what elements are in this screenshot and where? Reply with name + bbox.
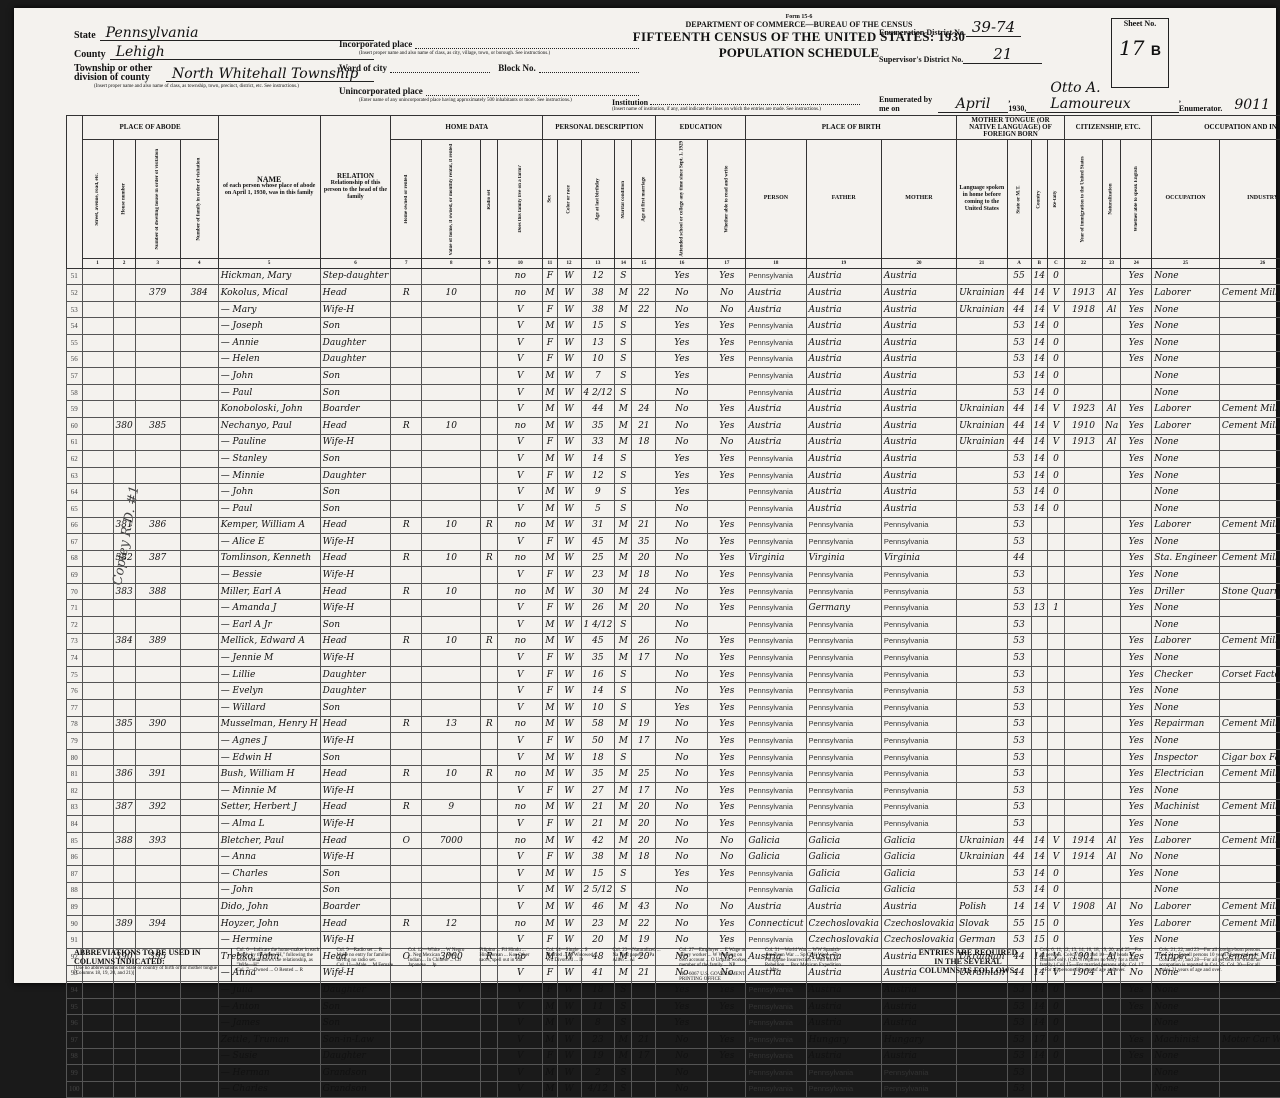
code-c-cell bbox=[1047, 749, 1064, 766]
institution-line bbox=[650, 104, 860, 105]
age-first-marriage-cell: 24 bbox=[632, 401, 656, 418]
header-personal-description: PERSONAL DESCRIPTION bbox=[543, 116, 656, 140]
race-cell: W bbox=[557, 368, 581, 385]
header-dwelling: Number of dwelling house in order of vis… bbox=[135, 140, 180, 259]
farm-cell: no bbox=[498, 285, 543, 302]
code-a-cell: 53 bbox=[1007, 700, 1031, 717]
table-row: 72— Earl A JrSonVMW1 4/12SNoPennsylvania… bbox=[67, 617, 1280, 634]
language-cell bbox=[957, 650, 1007, 667]
code-b-cell bbox=[1031, 749, 1047, 766]
age-first-marriage-cell: 17 bbox=[632, 650, 656, 667]
language-cell bbox=[957, 799, 1007, 816]
read-write-cell: Yes bbox=[708, 583, 746, 600]
dwelling-number-cell bbox=[135, 484, 180, 501]
relation-cell: Son bbox=[320, 368, 391, 385]
sex-cell: M bbox=[543, 384, 557, 401]
street-cell bbox=[82, 467, 113, 484]
read-write-cell: No bbox=[708, 434, 746, 451]
birthplace-mother-cell: Pennsylvania bbox=[881, 567, 956, 584]
owned-rented-cell bbox=[391, 434, 422, 451]
occupation-cell: None bbox=[1152, 301, 1220, 318]
code-b-cell: 15 bbox=[1031, 915, 1047, 932]
language-cell bbox=[957, 467, 1007, 484]
line-number: 55 bbox=[67, 334, 83, 351]
header-occupation-industry: OCCUPATION AND INDUSTRY bbox=[1152, 116, 1280, 140]
line-number: 58 bbox=[67, 384, 83, 401]
code-c-cell bbox=[1047, 816, 1064, 833]
birthplace-person-cell: Pennsylvania bbox=[746, 268, 806, 285]
race-cell: W bbox=[557, 650, 581, 667]
marital-cell: S bbox=[615, 484, 632, 501]
age-cell: 21 bbox=[581, 816, 615, 833]
code-a-cell: 44 bbox=[1007, 301, 1031, 318]
industry-cell bbox=[1219, 384, 1280, 401]
age-first-marriage-cell bbox=[632, 683, 656, 700]
code-a-cell: 53 bbox=[1007, 716, 1031, 733]
race-cell: W bbox=[557, 583, 581, 600]
birthplace-mother-cell: Austria bbox=[881, 899, 956, 916]
code-a-cell: 53 bbox=[1007, 567, 1031, 584]
birthplace-father-cell: Pennsylvania bbox=[806, 534, 881, 551]
birthplace-mother-cell: Pennsylvania bbox=[881, 766, 956, 783]
line-number: 91 bbox=[67, 932, 83, 949]
birthplace-person-cell: Pennsylvania bbox=[746, 716, 806, 733]
school-cell: No bbox=[656, 683, 708, 700]
relation-cell: Boarder bbox=[320, 899, 391, 916]
birthplace-person-cell: Pennsylvania bbox=[746, 484, 806, 501]
race-cell: W bbox=[557, 517, 581, 534]
family-number-cell bbox=[180, 517, 218, 534]
occupation-cell: None bbox=[1152, 384, 1220, 401]
age-first-marriage-cell bbox=[632, 318, 656, 335]
age-cell: 23 bbox=[581, 567, 615, 584]
family-number-cell bbox=[180, 617, 218, 634]
birthplace-person-cell: Pennsylvania bbox=[746, 384, 806, 401]
table-row: 88— JohnSonVMW2 5/12SNoPennsylvaniaGalic… bbox=[67, 882, 1280, 899]
street-cell bbox=[82, 517, 113, 534]
age-first-marriage-cell bbox=[632, 368, 656, 385]
speak-english-cell: Yes bbox=[1121, 285, 1152, 302]
birthplace-father-cell: Galicia bbox=[806, 882, 881, 899]
language-cell bbox=[957, 351, 1007, 368]
home-value-cell bbox=[422, 700, 481, 717]
family-number-cell bbox=[180, 268, 218, 285]
name-cell: — Willard bbox=[218, 700, 320, 717]
immigration-year-cell bbox=[1064, 865, 1102, 882]
line-number: 66 bbox=[67, 517, 83, 534]
birthplace-mother-cell: Austria bbox=[881, 451, 956, 468]
birthplace-mother-cell: Pennsylvania bbox=[881, 683, 956, 700]
owned-rented-cell: R bbox=[391, 716, 422, 733]
family-number-cell bbox=[180, 932, 218, 949]
sex-cell: M bbox=[543, 617, 557, 634]
table-row: 74— Jennie MWife-HVFW35M17NoYesPennsylva… bbox=[67, 650, 1280, 667]
school-cell: No bbox=[656, 766, 708, 783]
birthplace-person-cell: Pennsylvania bbox=[746, 799, 806, 816]
family-number-cell bbox=[180, 417, 218, 434]
dwelling-number-cell: 394 bbox=[135, 915, 180, 932]
race-cell: W bbox=[557, 865, 581, 882]
age-first-marriage-cell: 17 bbox=[632, 783, 656, 800]
sex-cell: M bbox=[543, 915, 557, 932]
immigration-year-cell bbox=[1064, 799, 1102, 816]
code-a-cell: 44 bbox=[1007, 550, 1031, 567]
relation-cell: Daughter bbox=[320, 467, 391, 484]
speak-english-cell bbox=[1121, 500, 1152, 517]
industry-cell bbox=[1219, 368, 1280, 385]
immigration-year-cell: 1908 bbox=[1064, 899, 1102, 916]
race-cell: W bbox=[557, 799, 581, 816]
radio-cell: R bbox=[481, 766, 498, 783]
house-number-cell bbox=[113, 617, 135, 634]
radio-cell bbox=[481, 268, 498, 285]
family-number-cell bbox=[180, 567, 218, 584]
code-a-cell: 44 bbox=[1007, 401, 1031, 418]
code-c-cell: 0 bbox=[1047, 865, 1064, 882]
line-number: 73 bbox=[67, 633, 83, 650]
language-cell: Ukrainian bbox=[957, 849, 1007, 866]
header-place: Incorporated place (Insert proper name a… bbox=[339, 38, 639, 109]
naturalization-cell bbox=[1102, 749, 1120, 766]
owned-rented-cell bbox=[391, 650, 422, 667]
table-row: 59Konoboloski, JohnBoarderVMW44M24NoYesA… bbox=[67, 401, 1280, 418]
line-number: 78 bbox=[67, 716, 83, 733]
line-number: 89 bbox=[67, 899, 83, 916]
footer-form-code: 11—6067 U.S. GOVERNMENT PRINTING OFFICE bbox=[679, 972, 751, 982]
age-first-marriage-cell: 21 bbox=[632, 417, 656, 434]
birthplace-mother-cell: Galicia bbox=[881, 882, 956, 899]
birthplace-person-cell: Pennsylvania bbox=[746, 600, 806, 617]
read-write-cell: Yes bbox=[708, 733, 746, 750]
street-cell bbox=[82, 783, 113, 800]
code-c-cell bbox=[1047, 517, 1064, 534]
header-district: Enumeration District No.39-74 Supervisor… bbox=[879, 18, 1269, 72]
state-value: Pennsylvania bbox=[100, 26, 374, 41]
family-number-cell bbox=[180, 849, 218, 866]
code-b-cell: 14 bbox=[1031, 982, 1047, 998]
birthplace-father-cell: Pennsylvania bbox=[806, 583, 881, 600]
birthplace-father-cell: Austria bbox=[806, 417, 881, 434]
relation-cell: Daughter bbox=[320, 334, 391, 351]
age-cell: 13 bbox=[581, 334, 615, 351]
industry-cell bbox=[1219, 733, 1280, 750]
immigration-year-cell bbox=[1064, 783, 1102, 800]
age-first-marriage-cell: 20 bbox=[632, 550, 656, 567]
code-a-cell: 14 bbox=[1007, 899, 1031, 916]
house-number-cell bbox=[113, 268, 135, 285]
dwelling-number-cell bbox=[135, 368, 180, 385]
read-write-cell: Yes bbox=[708, 318, 746, 335]
code-c-cell bbox=[1047, 567, 1064, 584]
radio-cell bbox=[481, 865, 498, 882]
owned-rented-cell bbox=[391, 301, 422, 318]
code-c-cell: V bbox=[1047, 417, 1064, 434]
code-a-cell: 53 bbox=[1007, 451, 1031, 468]
footer-col6: Col. 6—Indicate the home-maker in each f… bbox=[236, 948, 322, 968]
radio-cell bbox=[481, 368, 498, 385]
age-first-marriage-cell: 18 bbox=[632, 434, 656, 451]
enumerator-label: , Enumerator. bbox=[1179, 95, 1222, 113]
immigration-year-cell: 1914 bbox=[1064, 849, 1102, 866]
family-number-cell bbox=[180, 368, 218, 385]
relation-cell: Daughter bbox=[320, 982, 391, 998]
relation-cell: Head bbox=[320, 766, 391, 783]
dwelling-number-cell bbox=[135, 882, 180, 899]
table-row: 80— Edwin HSonVMW18SNoYesPennsylvaniaPen… bbox=[67, 749, 1280, 766]
read-write-cell: Yes bbox=[708, 783, 746, 800]
age-first-marriage-cell: 20 bbox=[632, 832, 656, 849]
naturalization-cell bbox=[1102, 865, 1120, 882]
industry-cell: Cigar box Factory bbox=[1219, 749, 1280, 766]
family-number-cell bbox=[180, 766, 218, 783]
home-value-cell: 10 bbox=[422, 633, 481, 650]
occupation-cell: None bbox=[1152, 683, 1220, 700]
owned-rented-cell: R bbox=[391, 766, 422, 783]
language-cell: Ukrainian bbox=[957, 301, 1007, 318]
industry-cell bbox=[1219, 484, 1280, 501]
immigration-year-cell: 1910 bbox=[1064, 417, 1102, 434]
code-b-cell bbox=[1031, 517, 1047, 534]
occupation-cell: Laborer bbox=[1152, 517, 1220, 534]
school-cell: No bbox=[656, 434, 708, 451]
sex-cell: M bbox=[543, 899, 557, 916]
line-number: 83 bbox=[67, 799, 83, 816]
owned-rented-cell bbox=[391, 849, 422, 866]
table-row: 90389394Hoyzer, JohnHeadR12noMW23M22NoYe… bbox=[67, 915, 1280, 932]
street-cell bbox=[82, 550, 113, 567]
naturalization-cell bbox=[1102, 683, 1120, 700]
code-c-cell: 0 bbox=[1047, 451, 1064, 468]
age-cell: 35 bbox=[581, 766, 615, 783]
code-c-cell: V bbox=[1047, 899, 1064, 916]
table-row: 75— LillieDaughterVFW16SNoYesPennsylvani… bbox=[67, 666, 1280, 683]
sex-cell: M bbox=[543, 550, 557, 567]
dwelling-number-cell bbox=[135, 683, 180, 700]
owned-rented-cell bbox=[391, 700, 422, 717]
industry-cell: Cement Mill bbox=[1219, 285, 1280, 302]
marital-cell: M bbox=[615, 650, 632, 667]
table-row: 63— MinnieDaughterVFW12SYesYesPennsylvan… bbox=[67, 467, 1280, 484]
code-c-cell: V bbox=[1047, 401, 1064, 418]
race-cell: W bbox=[557, 334, 581, 351]
naturalization-cell bbox=[1102, 617, 1120, 634]
radio-cell bbox=[481, 301, 498, 318]
read-write-cell: Yes bbox=[708, 816, 746, 833]
industry-cell bbox=[1219, 882, 1280, 899]
age-cell: 46 bbox=[581, 899, 615, 916]
header-owned-rented: Home owned or rented bbox=[391, 140, 422, 259]
language-cell bbox=[957, 334, 1007, 351]
house-number-cell bbox=[113, 301, 135, 318]
industry-cell: Cement Mill bbox=[1219, 766, 1280, 783]
dwelling-number-cell: 385 bbox=[135, 417, 180, 434]
relation-cell: Son bbox=[320, 500, 391, 517]
read-write-cell: Yes bbox=[708, 467, 746, 484]
home-value-cell bbox=[422, 882, 481, 899]
sheet-number: 17 bbox=[1119, 36, 1144, 60]
industry-cell bbox=[1219, 617, 1280, 634]
code-b-cell bbox=[1031, 650, 1047, 667]
family-number-cell bbox=[180, 401, 218, 418]
speak-english-cell: Yes bbox=[1121, 318, 1152, 335]
header-industry: INDUSTRY bbox=[1219, 140, 1280, 259]
birthplace-mother-cell: Austria bbox=[881, 351, 956, 368]
table-row: 70383388Miller, Earl AHeadR10noMW30M24No… bbox=[67, 583, 1280, 600]
dwelling-number-cell: 391 bbox=[135, 766, 180, 783]
street-cell bbox=[82, 368, 113, 385]
farm-cell: no bbox=[498, 832, 543, 849]
street-cell bbox=[82, 849, 113, 866]
radio-cell bbox=[481, 534, 498, 551]
age-cell: 31 bbox=[581, 517, 615, 534]
name-cell: — Minnie M bbox=[218, 783, 320, 800]
farm-cell: V bbox=[498, 816, 543, 833]
age-first-marriage-cell bbox=[632, 749, 656, 766]
age-cell: 18 bbox=[581, 982, 615, 998]
radio-cell bbox=[481, 617, 498, 634]
marital-cell: M bbox=[615, 434, 632, 451]
home-value-cell bbox=[422, 650, 481, 667]
language-cell bbox=[957, 716, 1007, 733]
radio-cell bbox=[481, 799, 498, 816]
age-cell: 35 bbox=[581, 417, 615, 434]
name-cell: Hoyzer, John bbox=[218, 915, 320, 932]
industry-cell bbox=[1219, 268, 1280, 285]
read-write-cell: Yes bbox=[708, 633, 746, 650]
name-cell: Miller, Earl A bbox=[218, 583, 320, 600]
industry-cell bbox=[1219, 700, 1280, 717]
birthplace-father-cell: Pennsylvania bbox=[806, 650, 881, 667]
radio-cell bbox=[481, 334, 498, 351]
radio-cell: R bbox=[481, 633, 498, 650]
immigration-year-cell bbox=[1064, 733, 1102, 750]
table-row: 54— JosephSonVMW15SYesYesPennsylvaniaAus… bbox=[67, 318, 1280, 335]
home-value-cell: 10 bbox=[422, 766, 481, 783]
code-c-cell: 0 bbox=[1047, 484, 1064, 501]
marital-cell: M bbox=[615, 716, 632, 733]
home-value-cell bbox=[422, 783, 481, 800]
race-cell: W bbox=[557, 617, 581, 634]
footer-col23: Col. 23—Naturalized ... Na First papers … bbox=[613, 948, 666, 982]
language-cell bbox=[957, 683, 1007, 700]
read-write-cell: Yes bbox=[708, 749, 746, 766]
header-value: Value of home, if owned, or monthly rent… bbox=[422, 140, 481, 259]
age-first-marriage-cell bbox=[632, 451, 656, 468]
house-number-cell bbox=[113, 816, 135, 833]
farm-cell: V bbox=[498, 982, 543, 998]
birthplace-father-cell: Pennsylvania bbox=[806, 816, 881, 833]
immigration-year-cell bbox=[1064, 650, 1102, 667]
code-a-cell: 53 bbox=[1007, 783, 1031, 800]
table-row: 62— StanleySonVMW14SYesYesPennsylvaniaAu… bbox=[67, 451, 1280, 468]
code-b-cell bbox=[1031, 716, 1047, 733]
industry-cell: Cement Mill bbox=[1219, 550, 1280, 567]
school-cell: No bbox=[656, 517, 708, 534]
code-a-cell: 53 bbox=[1007, 932, 1031, 949]
birthplace-person-cell: Pennsylvania bbox=[746, 451, 806, 468]
code-b-cell: 14 bbox=[1031, 467, 1047, 484]
house-number-cell bbox=[113, 318, 135, 335]
radio-cell bbox=[481, 982, 498, 998]
occupation-cell: None bbox=[1152, 567, 1220, 584]
house-number-cell bbox=[113, 899, 135, 916]
school-cell: Yes bbox=[656, 334, 708, 351]
code-b-cell: 14 bbox=[1031, 849, 1047, 866]
age-cell: 38 bbox=[581, 301, 615, 318]
age-cell: 5 bbox=[581, 500, 615, 517]
naturalization-cell bbox=[1102, 467, 1120, 484]
line-number: 90 bbox=[67, 915, 83, 932]
birthplace-mother-cell: Austria bbox=[881, 301, 956, 318]
code-b-cell: 14 bbox=[1031, 500, 1047, 517]
read-write-cell: Yes bbox=[708, 700, 746, 717]
code-a-cell: 53 bbox=[1007, 865, 1031, 882]
read-write-cell: Yes bbox=[708, 650, 746, 667]
sex-cell: F bbox=[543, 467, 557, 484]
age-cell: 50 bbox=[581, 733, 615, 750]
line-number: 80 bbox=[67, 749, 83, 766]
header-place-of-birth: PLACE OF BIRTH bbox=[746, 116, 957, 140]
age-cell: 33 bbox=[581, 434, 615, 451]
birthplace-mother-cell: Austria bbox=[881, 268, 956, 285]
house-number-cell bbox=[113, 700, 135, 717]
immigration-year-cell bbox=[1064, 816, 1102, 833]
language-cell: Slovak bbox=[957, 915, 1007, 932]
house-number-cell bbox=[113, 401, 135, 418]
family-number-cell bbox=[180, 384, 218, 401]
speak-english-cell: Yes bbox=[1121, 666, 1152, 683]
header-mother-tongue: MOTHER TONGUE (OR NATIVE LANGUAGE) OF FO… bbox=[957, 116, 1065, 140]
occupation-cell: Driller bbox=[1152, 583, 1220, 600]
language-cell bbox=[957, 567, 1007, 584]
header-education: EDUCATION bbox=[656, 116, 746, 140]
dwelling-number-cell bbox=[135, 600, 180, 617]
language-cell bbox=[957, 368, 1007, 385]
code-a-cell: 53 bbox=[1007, 733, 1031, 750]
immigration-year-cell bbox=[1064, 915, 1102, 932]
family-number-cell bbox=[180, 832, 218, 849]
sex-cell: M bbox=[543, 417, 557, 434]
naturalization-cell: Al bbox=[1102, 434, 1120, 451]
marital-cell: M bbox=[615, 417, 632, 434]
birthplace-father-cell: Pennsylvania bbox=[806, 733, 881, 750]
code-a-cell: 55 bbox=[1007, 268, 1031, 285]
sex-cell: M bbox=[543, 517, 557, 534]
supervisor-label: Supervisor's District No. bbox=[879, 55, 963, 64]
header-code-c: Re-tally bbox=[1047, 140, 1064, 259]
read-write-cell bbox=[708, 368, 746, 385]
family-number-cell bbox=[180, 334, 218, 351]
code-a-cell: 53 bbox=[1007, 666, 1031, 683]
birthplace-mother-cell: Pennsylvania bbox=[881, 600, 956, 617]
header-relation: RELATIONRelationship of this person to t… bbox=[320, 116, 391, 259]
birthplace-mother-cell: Austria bbox=[881, 334, 956, 351]
read-write-cell bbox=[708, 882, 746, 899]
school-cell: No bbox=[656, 401, 708, 418]
speak-english-cell: Yes bbox=[1121, 832, 1152, 849]
race-cell: W bbox=[557, 915, 581, 932]
birthplace-father-cell: Austria bbox=[806, 899, 881, 916]
code-c-cell: V bbox=[1047, 849, 1064, 866]
relation-cell: Daughter bbox=[320, 666, 391, 683]
industry-cell bbox=[1219, 434, 1280, 451]
dwelling-number-cell bbox=[135, 318, 180, 335]
line-number: 82 bbox=[67, 783, 83, 800]
code-a-cell: 53 bbox=[1007, 500, 1031, 517]
institution-field: Institution (Insert name of institution,… bbox=[612, 98, 872, 112]
read-write-cell bbox=[708, 617, 746, 634]
radio-cell: R bbox=[481, 716, 498, 733]
